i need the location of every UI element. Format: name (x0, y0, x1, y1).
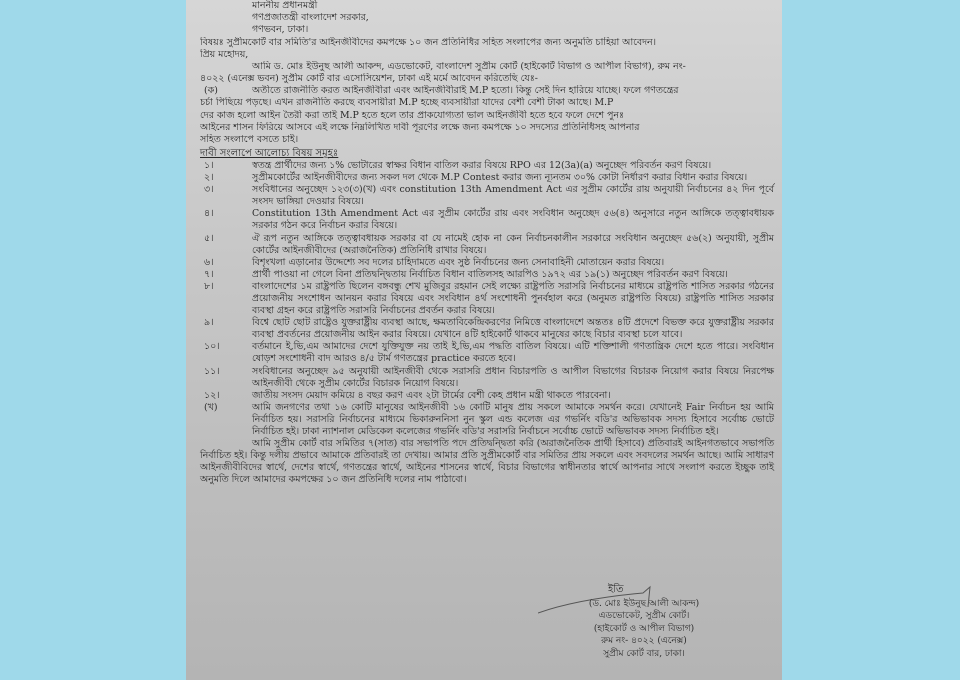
demand-number: ৬। (200, 257, 252, 269)
demand-item: ১।স্বতন্ত্র প্রার্থীদের জন্য ১% ভোটারের … (200, 160, 774, 172)
demand-number: ১। (200, 160, 252, 172)
demand-number: ১০। (200, 341, 252, 365)
section-ka: (ক) অতীতে রাজনীতি করত আইনজীবীরা এবং আইনজ… (200, 85, 774, 97)
demand-item: ৩।সংবিধানের অনুচ্ছেদ ১২৩(৩)(খ) এবং const… (200, 184, 774, 208)
demand-item: ২।সুপ্রীমকোর্টের আইনজীবীদের জন্য সকল দল … (200, 172, 774, 184)
demand-item: ৪।Constitution 13th Amendment Act এর সুপ… (200, 208, 774, 232)
demand-item: ৮।বাংলাদেশের ১ম রাষ্ট্রপতি ছিলেন বঙ্গবন্… (200, 281, 774, 317)
demand-item: ৫।ঐ রূপ নতুন আঙ্গিকে তত্ত্বাবধায়ক সরকার… (200, 233, 774, 257)
text-line: দের কাজ হলো আইন তৈরী করা তাই M.P হতে হলে… (200, 110, 774, 122)
demand-item: ৯।বিশ্বে ছোট ছোট রাষ্ট্রেও যুক্তরাষ্ট্রী… (200, 317, 774, 341)
demand-text: বিশৃংখলা এড়ানোর উদ্দেশ্যে সব দলের চাহিদ… (252, 257, 774, 269)
salutation: প্রিয় মহোদয়, (200, 49, 774, 61)
demand-text: জাতীয় সংসদ মেয়াদ কমিয়ে ৪ বছর করণ এবং … (252, 390, 774, 402)
subject-line: বিষয়ঃ সুপ্রীমকোর্ট বার সমিতি'র আইনজীবীদ… (200, 37, 774, 49)
demand-text: সুপ্রীমকোর্টের আইনজীবীদের জন্য সকল দল থে… (252, 172, 774, 184)
demand-number: ১২। (200, 390, 252, 402)
intro-line: ৪০২২ (এনেক্স ভবন) সুপ্রীম কোর্ট বার এসোস… (200, 73, 774, 85)
recipient-line: গণভবন, ঢাকা। (252, 24, 774, 36)
demand-text: স্বতন্ত্র প্রার্থীদের জন্য ১% ভোটারের স্… (252, 160, 774, 172)
demand-item: ৬।বিশৃংখলা এড়ানোর উদ্দেশ্যে সব দলের চাহ… (200, 257, 774, 269)
demand-text: বর্তমানে ই,ভি,এম আমাদের দেশে যুক্তিযুক্ত… (252, 341, 774, 365)
recipient-line: মাননীয় প্রধানমন্ত্রী (252, 0, 774, 12)
signature-block: (ড. মোঃ ইউনুছ আলী আকন্দ) এডভোকেট, সুপ্রী… (514, 598, 774, 660)
demand-number: ৪। (200, 208, 252, 232)
demand-text: প্রার্থী পাওয়া না গেলে বিনা প্রতিদ্বন্দ… (252, 269, 774, 281)
recipient-address: মাননীয় প্রধানমন্ত্রী গণপ্রজাতন্ত্রী বাং… (200, 0, 774, 36)
recipient-line: গণপ্রজাতন্ত্রী বাংলাদেশ সরকার, (252, 12, 774, 24)
section-ka-body: অতীতে রাজনীতি করত আইনজীবীরা এবং আইনজীবীর… (252, 85, 774, 97)
text-line: চর্চা পিছিয়ে পড়ছে। এখন রাজনীতি করছে ব্… (200, 97, 774, 109)
demand-text: সংবিধানের অনুচ্ছেদ ১২৩(৩)(খ) এবং constit… (252, 184, 774, 208)
signature-line: (ড. মোঃ ইউনুছ আলী আকন্দ) (514, 598, 774, 610)
demand-number: ৫। (200, 233, 252, 257)
signature-line: সুপ্রীম কোর্ট বার, ঢাকা। (514, 648, 774, 660)
letter-document: মাননীয় প্রধানমন্ত্রী গণপ্রজাতন্ত্রী বাং… (186, 0, 782, 680)
demand-text: ঐ রূপ নতুন আঙ্গিকে তত্ত্বাবধায়ক সরকার ব… (252, 233, 774, 257)
demand-item: ১২।জাতীয় সংসদ মেয়াদ কমিয়ে ৪ বছর করণ এ… (200, 390, 774, 402)
demand-item: ১১।সংবিধানের অনুচ্ছেদ ৯৫ অনুযায়ী আইনজীব… (200, 366, 774, 390)
demand-text: Constitution 13th Amendment Act এর সুপ্র… (252, 208, 774, 232)
demand-item: ৭।প্রার্থী পাওয়া না গেলে বিনা প্রতিদ্বন… (200, 269, 774, 281)
demand-number: ১১। (200, 366, 252, 390)
section-kha-body: আমি জনগণের তথা ১৬ কোটি মানুষের আইনজীবী ১… (252, 402, 774, 438)
section-label: (খ) (200, 402, 252, 438)
demand-number: ৭। (200, 269, 252, 281)
text-line: অতীতে রাজনীতি করত আইনজীবীরা এবং আইনজীবীর… (252, 85, 774, 97)
closing: ইতি (608, 584, 624, 596)
intro-line: আমি ড. মোঃ ইউনুছ আলী আকন্দ, এডভোকেট, বাং… (200, 61, 774, 73)
demand-text: বাংলাদেশের ১ম রাষ্ট্রপতি ছিলেন বঙ্গবন্ধু… (252, 281, 774, 317)
demand-number: ২। (200, 172, 252, 184)
section-kha: (খ) আমি জনগণের তথা ১৬ কোটি মানুষের আইনজী… (200, 402, 774, 438)
signature-line: রুম নং- ৪০২২ (এনেক্স) (514, 635, 774, 647)
demand-item: ১০।বর্তমানে ই,ভি,এম আমাদের দেশে যুক্তিযু… (200, 341, 774, 365)
text-line: সহিত সংলাপে বসতে চাই। (200, 134, 774, 146)
demand-text: সংবিধানের অনুচ্ছেদ ৯৫ অনুযায়ী আইনজীবী থ… (252, 366, 774, 390)
demand-text: বিশ্বে ছোট ছোট রাষ্ট্রেও যুক্তরাষ্ট্রীয়… (252, 317, 774, 341)
demand-number: ৮। (200, 281, 252, 317)
signature-line: এডভোকেট, সুপ্রীম কোর্ট। (514, 610, 774, 622)
signature-line: (হাইকোর্ট ও আপীল বিভাগ) (514, 623, 774, 635)
text-line: আইনের শাসন ফিরিয়ে আসবে এই লক্ষে নিম্নলি… (200, 122, 774, 134)
section-label: (ক) (200, 85, 252, 97)
section-kha-paragraph: আমি সুপ্রীম কোর্ট বার সমিতির ৭(সাত) বার … (200, 438, 774, 486)
demands-heading: দাবী সংলাপে আলোচ্য বিষয় সমূহঃ (200, 148, 774, 160)
demands-list: ১।স্বতন্ত্র প্রার্থীদের জন্য ১% ভোটারের … (200, 160, 774, 402)
demand-number: ৩। (200, 184, 252, 208)
demand-number: ৯। (200, 317, 252, 341)
